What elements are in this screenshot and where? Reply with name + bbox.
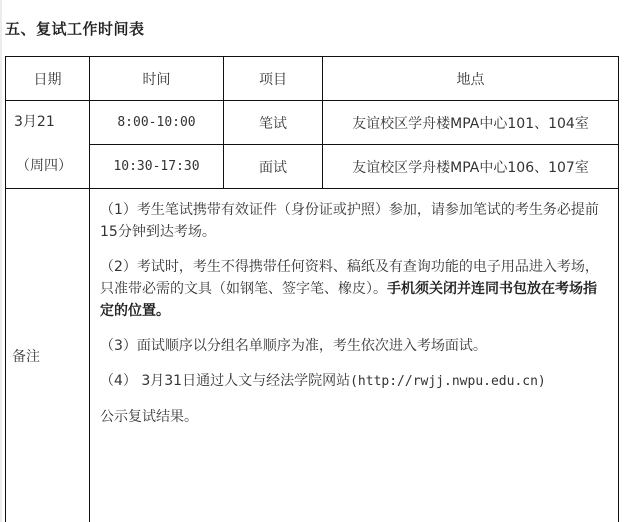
header-date: 日期 (6, 57, 90, 101)
note-item-2: （2）考试时，考生不得携带任何资料、稿纸及有查询功能的电子用品进入考场，只准带必… (100, 256, 608, 322)
note-item-3: （3）面试顺序以分组名单顺序为准，考生依次进入考场面试。 (100, 335, 608, 357)
schedule-table: 日期 时间 项目 地点 3月21 （周四） 8:00-10:00 笔试 友谊校区… (5, 56, 619, 522)
place-cell: 友谊校区学舟楼MPA中心101、104室 (323, 101, 619, 145)
note-item-4: （4） 3月31日通过人文与经法学院网站(http://rwjj.nwpu.ed… (100, 370, 608, 393)
weekday-text: （周四） (16, 157, 89, 175)
table-row: 3月21 （周四） 8:00-10:00 笔试 友谊校区学舟楼MPA中心101、… (6, 101, 619, 145)
note-item-1: （1）考生笔试携带有效证件（身份证或护照）参加，请参加笔试的考生务必提前15分钟… (100, 199, 608, 243)
table-header-row: 日期 时间 项目 地点 (6, 57, 619, 101)
item-cell: 面试 (224, 145, 323, 189)
note-text: （1）考生笔试携带有效证件（身份证或护照）参加，请参加笔试的考生务必提前15分钟… (100, 202, 599, 240)
table-row: 10:30-17:30 面试 友谊校区学舟楼MPA中心106、107室 (6, 145, 619, 189)
page-edge (0, 0, 2, 522)
notes-label: 备注 (6, 189, 90, 522)
date-cell: 3月21 （周四） (6, 101, 90, 189)
website-link[interactable]: (http://rwjj.nwpu.edu.cn) (350, 374, 546, 389)
note-text: 公示复试结果。 (100, 409, 198, 425)
time-cell: 8:00-10:00 (90, 101, 224, 145)
notes-cell: （1）考生笔试携带有效证件（身份证或护照）参加，请参加笔试的考生务必提前15分钟… (90, 189, 619, 522)
header-time: 时间 (90, 57, 224, 101)
section-title: 五、复试工作时间表 (5, 18, 145, 39)
header-place: 地点 (323, 57, 619, 101)
date-text: 3月21 (14, 113, 89, 131)
header-item: 项目 (224, 57, 323, 101)
note-text: （3）面试顺序以分组名单顺序为准，考生依次进入考场面试。 (100, 338, 487, 354)
notes-row: 备注 （1）考生笔试携带有效证件（身份证或护照）参加，请参加笔试的考生务必提前1… (6, 189, 619, 522)
place-cell: 友谊校区学舟楼MPA中心106、107室 (323, 145, 619, 189)
note-item-4-cont: 公示复试结果。 (100, 406, 608, 428)
time-cell: 10:30-17:30 (90, 145, 224, 189)
item-cell: 笔试 (224, 101, 323, 145)
note-text: （4） 3月31日通过人文与经法学院网站 (100, 373, 350, 389)
